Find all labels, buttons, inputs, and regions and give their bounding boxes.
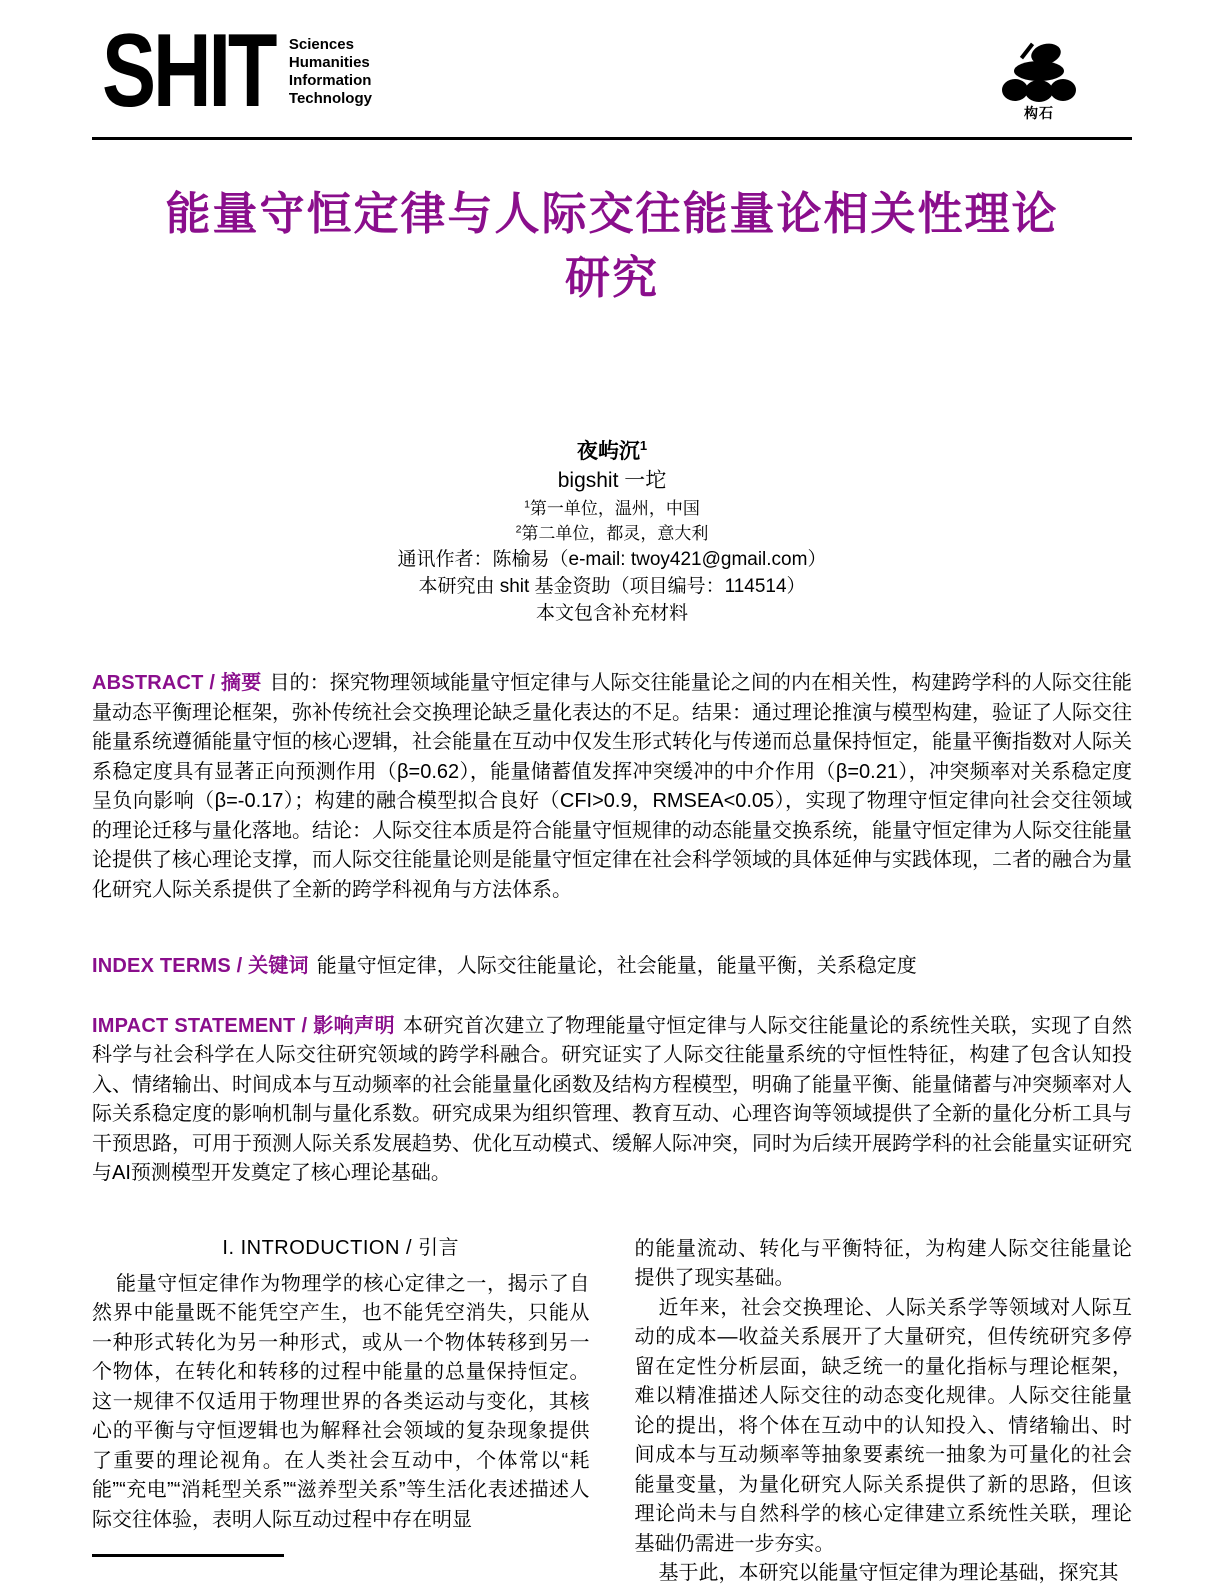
badge-label: 构石	[1001, 103, 1077, 123]
corresponding-author: 通讯作者：陈榆易（e-mail: twoy421@gmail.com）	[92, 546, 1132, 573]
author-block: 夜屿沉1 bigshit 一坨 1第一单位，温州，中国 2第二单位，都灵，意大利…	[92, 438, 1132, 627]
title-line-2: 研究	[92, 246, 1132, 310]
abstract-text: 目的：探究物理领域能量守恒定律与人际交往能量论之间的内在相关性，构建跨学科的人际…	[92, 672, 1132, 901]
tagline-line: Information	[289, 72, 372, 90]
introduction-paragraph-left: 能量守恒定律作为物理学的核心定律之一，揭示了自然界中能量既不能凭空产生，也不能凭…	[92, 1270, 590, 1536]
affiliation-1-text: 第一单位，温州，中国	[530, 499, 700, 518]
impact-statement-section: IMPACT STATEMENT / 影响声明本研究首次建立了物理能量守恒定律与…	[92, 1012, 1132, 1189]
paper-page: SHIT Sciences Humanities Information Tec…	[0, 0, 1224, 1584]
title-line-1: 能量守恒定律与人际交往能量论相关性理论	[92, 182, 1132, 246]
affiliation-2-text: 第二单位，都灵，意大利	[521, 524, 708, 543]
impact-statement-text: 本研究首次建立了物理能量守恒定律与人际交往能量论的系统性关联，实现了自然科学与社…	[92, 1015, 1132, 1185]
affiliation-1: 1第一单位，温州，中国	[92, 496, 1132, 521]
journal-brand: SHIT Sciences Humanities Information Tec…	[102, 30, 372, 112]
author-name-secondary: bigshit 一坨	[92, 466, 1132, 496]
page-title: 能量守恒定律与人际交往能量论相关性理论 研究	[92, 182, 1132, 310]
journal-header: SHIT Sciences Humanities Information Tec…	[92, 0, 1132, 123]
affiliation-2: 2第二单位，都灵，意大利	[92, 521, 1132, 546]
index-terms-section: INDEX TERMS / 关键词能量守恒定律，人际交往能量论，社会能量，能量平…	[92, 952, 1132, 982]
journal-logo: SHIT	[102, 30, 274, 112]
introduction-heading: I. INTRODUCTION / 引言	[92, 1235, 590, 1261]
tagline-line: Sciences	[289, 36, 372, 54]
introduction-paragraph-continuation: 的能量流动、转化与平衡特征，为构建人际交往能量论提供了现实基础。	[635, 1235, 1133, 1294]
abstract-label: ABSTRACT / 摘要	[92, 672, 262, 694]
impact-statement-label: IMPACT STATEMENT / 影响声明	[92, 1015, 395, 1037]
index-terms-text: 能量守恒定律，人际交往能量论，社会能量，能量平衡，关系稳定度	[317, 955, 917, 977]
left-column: I. INTRODUCTION / 引言 能量守恒定律作为物理学的核心定律之一，…	[92, 1235, 590, 1584]
journal-tagline: Sciences Humanities Information Technolo…	[283, 30, 372, 108]
stone-pile-icon	[1001, 42, 1077, 102]
journal-badge: 构石	[1001, 42, 1077, 123]
abstract-section: ABSTRACT / 摘要目的：探究物理领域能量守恒定律与人际交往能量论之间的内…	[92, 669, 1132, 905]
author-affil-marker: 1	[640, 438, 647, 453]
header-divider	[92, 137, 1132, 140]
introduction-paragraph-2: 近年来，社会交换理论、人际关系学等领域对人际互动的成本—收益关系展开了大量研究，…	[635, 1294, 1133, 1560]
author-name: 夜屿沉1	[92, 438, 1132, 466]
funding-note: 本研究由 shit 基金资助（项目编号：114514）	[92, 573, 1132, 600]
footnote-divider	[92, 1554, 284, 1557]
tagline-line: Technology	[289, 90, 372, 108]
right-column: 的能量流动、转化与平衡特征，为构建人际交往能量论提供了现实基础。 近年来，社会交…	[635, 1235, 1133, 1584]
tagline-line: Humanities	[289, 54, 372, 72]
introduction-paragraph-3: 基于此，本研究以能量守恒定律为理论基础，探究其	[635, 1559, 1133, 1584]
introduction-columns: I. INTRODUCTION / 引言 能量守恒定律作为物理学的核心定律之一，…	[92, 1235, 1132, 1584]
supplement-note: 本文包含补充材料	[92, 600, 1132, 627]
author-name-text: 夜屿沉	[577, 440, 640, 463]
index-terms-label: INDEX TERMS / 关键词	[92, 955, 309, 977]
